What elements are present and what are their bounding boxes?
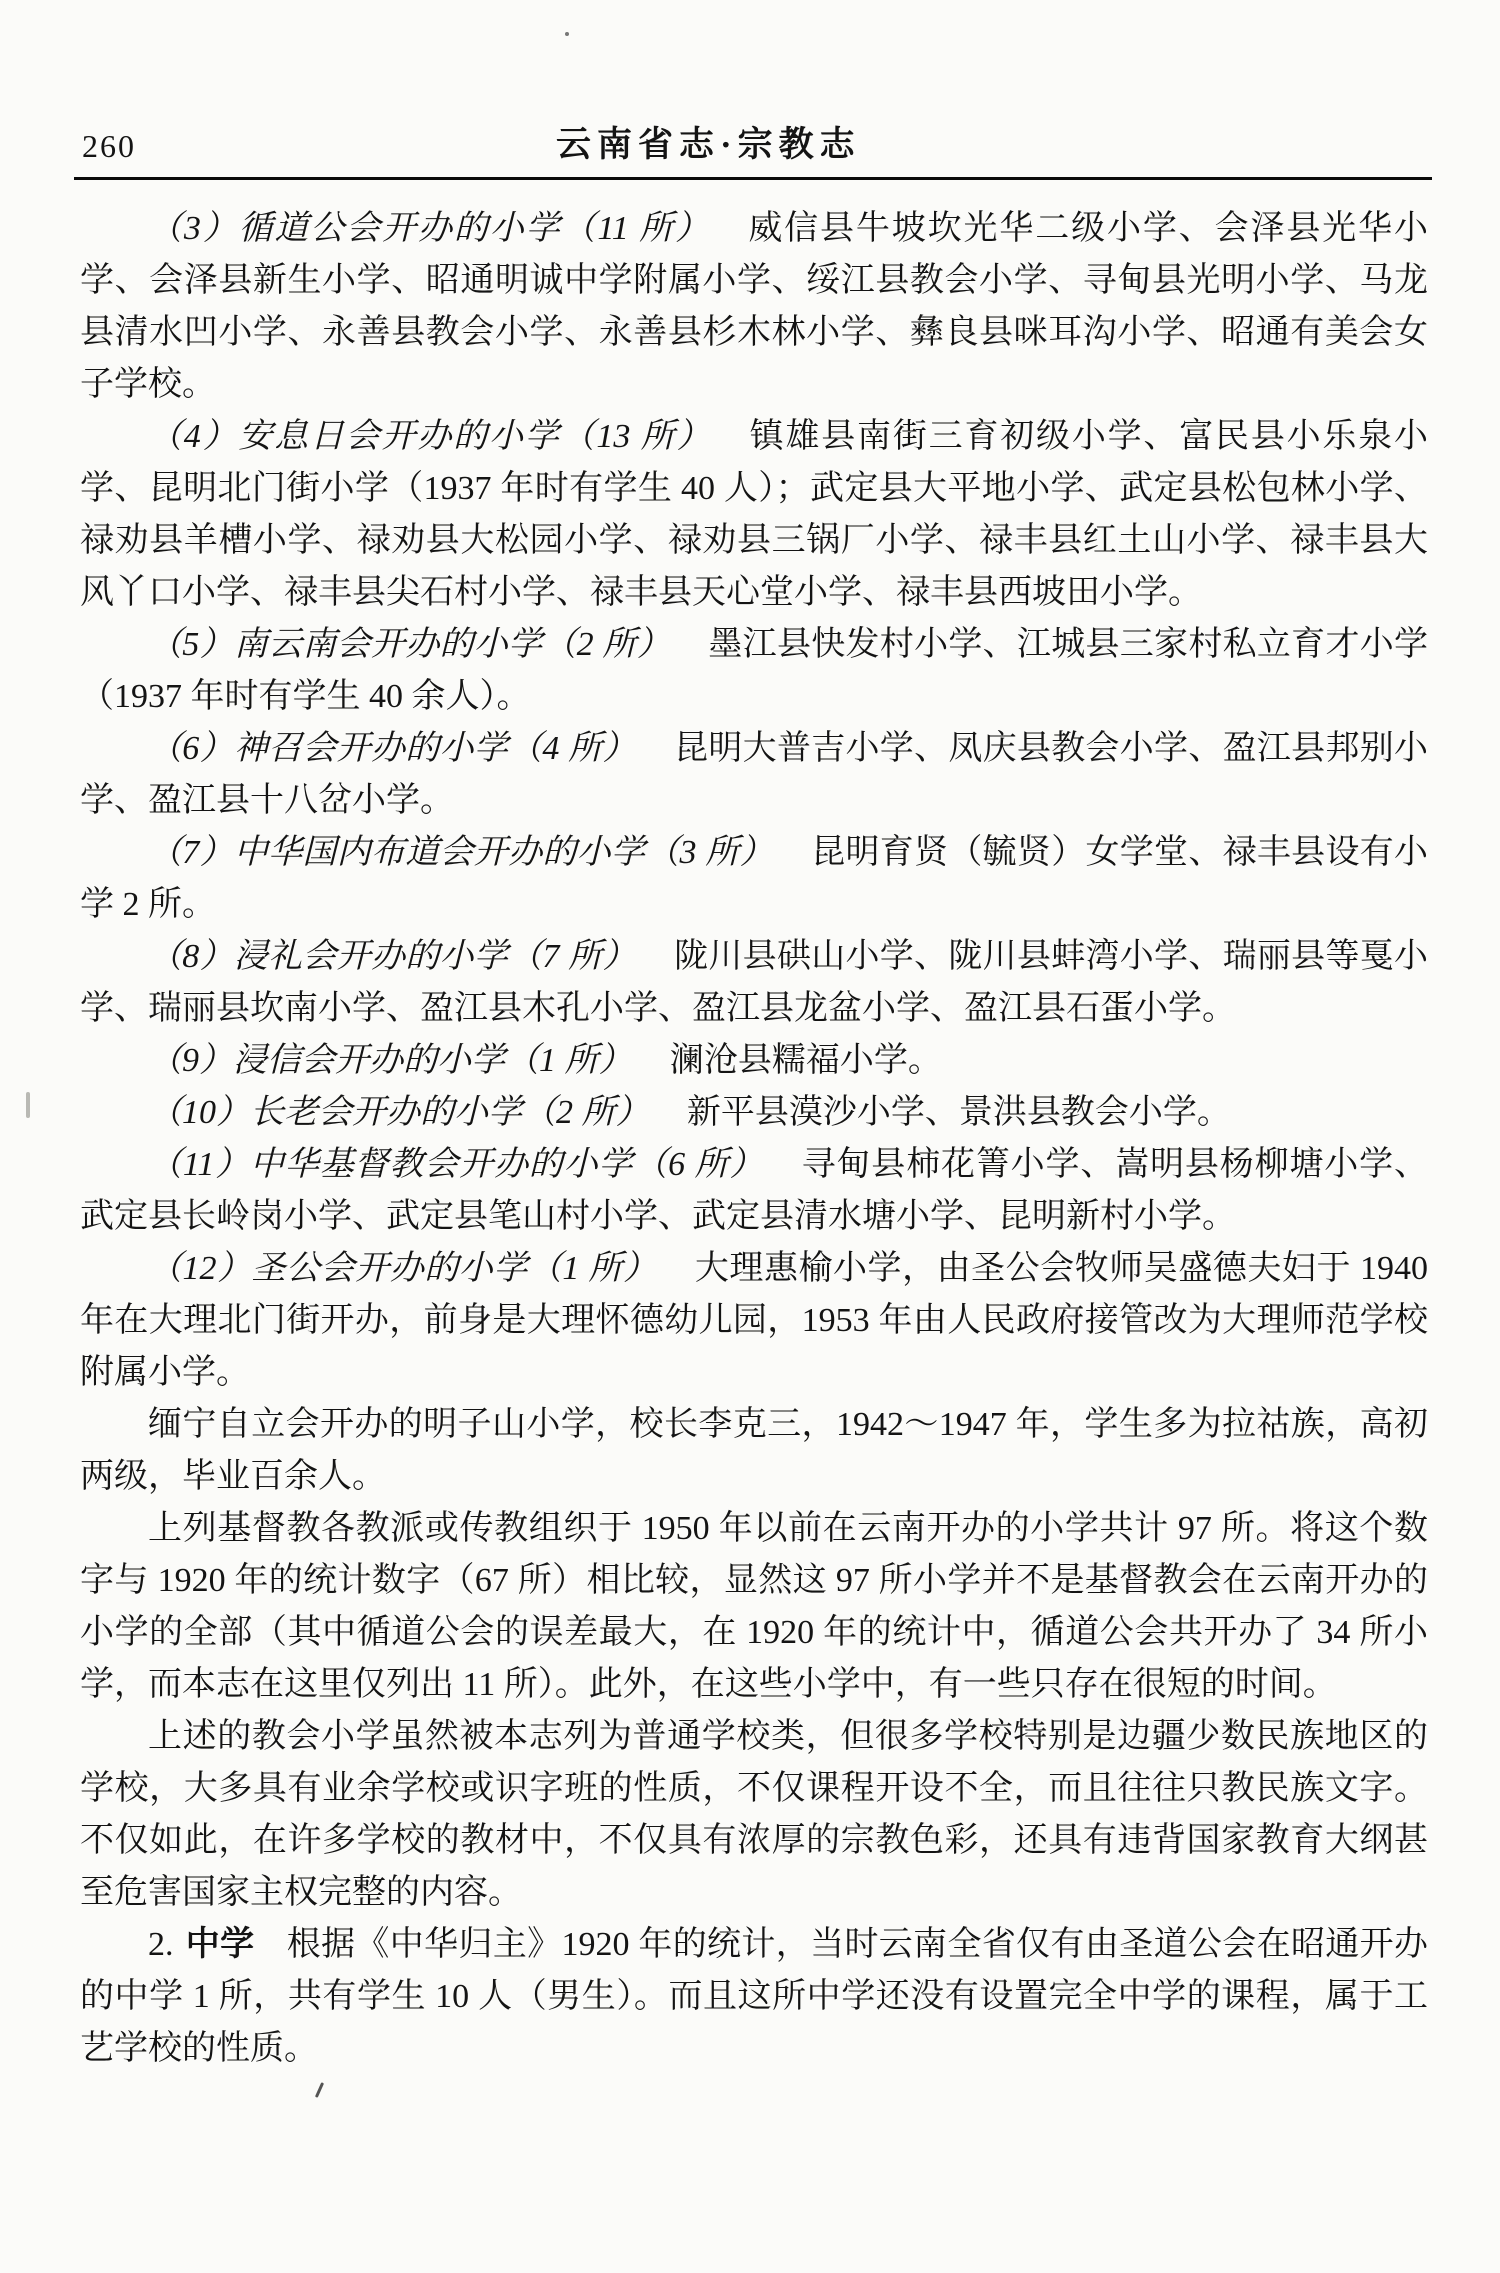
page-header-title: 云南省志·宗教志 [556, 124, 861, 166]
paragraph-8-heading: （8）浸礼会开办的小学（7 所） [148, 938, 637, 975]
page-number: 260 [82, 126, 136, 166]
paragraph-10-text: 新平县漠沙小学、景洪县教会小学。 [687, 1094, 1231, 1131]
paragraph-7-heading: （7）中华国内布道会开办的小学（3 所） [148, 834, 774, 871]
paragraph-5-heading: （5）南云南会开办的小学（2 所） [148, 626, 671, 663]
paragraph-3-heading: （3）循道公会开办的小学（11 所） [148, 210, 711, 247]
paragraph-mianning: 缅宁自立会开办的明子山小学，校长李克三，1942～1947 年，学生多为拉祜族，… [80, 1399, 1428, 1503]
paragraph-12-heading: （12）圣公会开办的小学（1 所） [148, 1250, 657, 1287]
paragraph-10: （10）长老会开办的小学（2 所）新平县漠沙小学、景洪县教会小学。 [80, 1087, 1428, 1139]
book-page: 260 云南省志·宗教志 （3）循道公会开办的小学（11 所）威信县牛坡坎光华二… [0, 0, 1500, 2273]
paragraph-6-heading: （6）神召会开办的小学（4 所） [148, 730, 637, 767]
paragraph-7: （7）中华国内布道会开办的小学（3 所）昆明育贤（毓贤）女学堂、禄丰县设有小学 … [80, 827, 1428, 931]
paragraph-6: （6）神召会开办的小学（4 所）昆明大普吉小学、凤庆县教会小学、盈江县邦别小学、… [80, 723, 1428, 827]
paragraph-11: （11）中华基督教会开办的小学（6 所）寻甸县柿花箐小学、嵩明县杨柳塘小学、武定… [80, 1139, 1428, 1243]
paragraph-9-text: 澜沧县糯福小学。 [670, 1042, 942, 1079]
paragraph-3: （3）循道公会开办的小学（11 所）威信县牛坡坎光华二级小学、会泽县光华小学、会… [80, 203, 1428, 411]
paragraph-summary-nature-text: 上述的教会小学虽然被本志列为普通学校类，但很多学校特别是边疆少数民族地区的学校，… [80, 1718, 1428, 1911]
paragraph-summary-nature: 上述的教会小学虽然被本志列为普通学校类，但很多学校特别是边疆少数民族地区的学校，… [80, 1711, 1428, 1919]
paragraph-4: （4）安息日会开办的小学（13 所）镇雄县南街三育初级小学、富民县小乐泉小学、昆… [80, 411, 1428, 619]
paragraph-mianning-text: 缅宁自立会开办的明子山小学，校长李克三，1942～1947 年，学生多为拉祜族，… [80, 1406, 1428, 1495]
paragraph-middle-school-text: 根据《中华归主》1920 年的统计，当时云南全省仅有由圣道公会在昭通开办的中学 … [80, 1926, 1428, 2067]
paragraph-8: （8）浸礼会开办的小学（7 所）陇川县硔山小学、陇川县蚌湾小学、瑞丽县等戛小学、… [80, 931, 1428, 1035]
paragraph-4-heading: （4）安息日会开办的小学（13 所） [148, 418, 712, 455]
scan-artifact-smudge [26, 1092, 30, 1118]
paragraph-middle-school-number: 2. [148, 1926, 174, 1963]
scan-artifact-tick [315, 2082, 324, 2098]
paragraph-middle-school: 2.中学根据《中华归主》1920 年的统计，当时云南全省仅有由圣道公会在昭通开办… [80, 1919, 1428, 2075]
paragraph-summary-count-text: 上列基督教各教派或传教组织于 1950 年以前在云南开办的小学共计 97 所。将… [80, 1510, 1428, 1703]
paragraph-9: （9）浸信会开办的小学（1 所）澜沧县糯福小学。 [80, 1035, 1428, 1087]
scan-artifact-dot [565, 32, 569, 36]
paragraph-5: （5）南云南会开办的小学（2 所）墨江县快发村小学、江城县三家村私立育才小学（1… [80, 619, 1428, 723]
paragraph-12: （12）圣公会开办的小学（1 所）大理惠榆小学，由圣公会牧师吴盛德夫妇于 194… [80, 1243, 1428, 1399]
page-body: （3）循道公会开办的小学（11 所）威信县牛坡坎光华二级小学、会泽县光华小学、会… [80, 203, 1428, 2075]
paragraph-middle-school-heading: 中学 [185, 1926, 254, 1963]
paragraph-11-heading: （11）中华基督教会开办的小学（6 所） [148, 1146, 764, 1183]
paragraph-10-heading: （10）长老会开办的小学（2 所） [148, 1094, 650, 1131]
paragraph-9-heading: （9）浸信会开办的小学（1 所） [148, 1042, 633, 1079]
paragraph-summary-count: 上列基督教各教派或传教组织于 1950 年以前在云南开办的小学共计 97 所。将… [80, 1503, 1428, 1711]
header-divider [74, 177, 1432, 180]
